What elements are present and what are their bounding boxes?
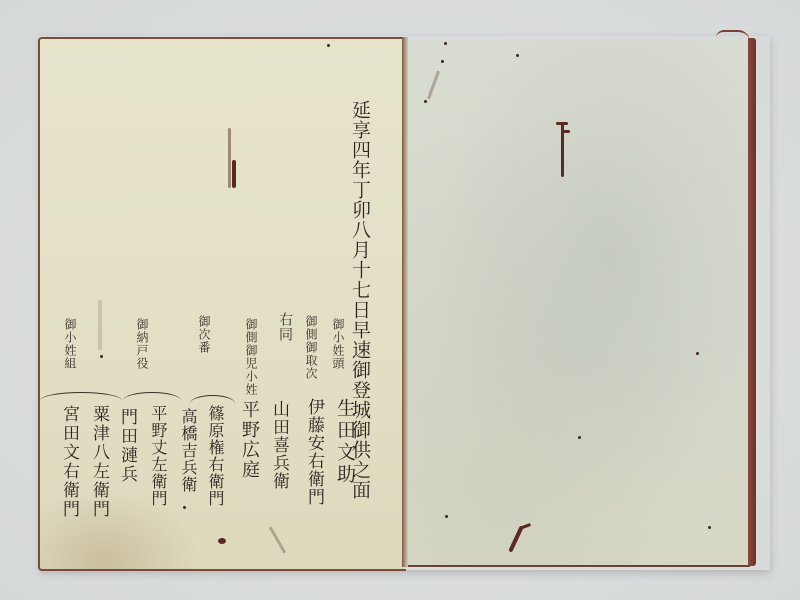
ink-stain bbox=[563, 130, 570, 133]
person-name: 山田喜兵衛 bbox=[270, 400, 287, 490]
right-page bbox=[405, 39, 750, 567]
person-name: 高橋吉兵衛 bbox=[180, 408, 196, 493]
person-name: 平野丈左衛門 bbox=[150, 405, 166, 507]
grouping-bracket bbox=[123, 392, 181, 409]
person-name: 平野広庭 bbox=[240, 400, 258, 480]
ink-dot bbox=[445, 515, 448, 518]
ink-dot bbox=[100, 355, 103, 358]
ink-dot bbox=[327, 44, 330, 47]
role-label: 御次番 bbox=[198, 315, 210, 354]
ink-dot bbox=[424, 100, 427, 103]
book-gutter bbox=[402, 37, 408, 567]
ink-spot bbox=[218, 538, 226, 544]
role-label: 御側御取次 bbox=[305, 315, 317, 380]
ink-dot bbox=[578, 436, 581, 439]
grouping-bracket bbox=[40, 392, 122, 409]
ink-dot bbox=[696, 352, 699, 355]
person-name: 伊藤安右衛門 bbox=[305, 398, 322, 506]
ink-dot bbox=[183, 506, 186, 509]
person-name: 篠原権右衛門 bbox=[207, 405, 223, 507]
ink-dot bbox=[441, 60, 444, 63]
role-label: 御納戸役 bbox=[136, 318, 148, 370]
ink-stain bbox=[556, 122, 568, 125]
role-label: 御小姓組 bbox=[64, 318, 76, 370]
ink-dot bbox=[444, 42, 447, 45]
role-label: 御小姓頭 bbox=[332, 318, 344, 370]
torn-corner bbox=[716, 30, 750, 46]
person-name: 門田漣兵 bbox=[118, 408, 135, 484]
role-label: 右同 bbox=[278, 312, 292, 342]
person-name: 宮田文右衛門 bbox=[60, 405, 77, 519]
ink-dot bbox=[708, 526, 711, 529]
grouping-bracket bbox=[190, 395, 235, 412]
ink-stain bbox=[228, 128, 231, 188]
cover-edge bbox=[748, 38, 756, 566]
person-name: 生田文助 bbox=[335, 398, 354, 486]
role-label: 御側御児小姓 bbox=[245, 318, 257, 396]
ink-stain bbox=[232, 160, 236, 188]
bleed-through-mark bbox=[98, 300, 102, 350]
person-name: 粟津八左衛門 bbox=[90, 405, 107, 519]
ink-dot bbox=[516, 54, 519, 57]
